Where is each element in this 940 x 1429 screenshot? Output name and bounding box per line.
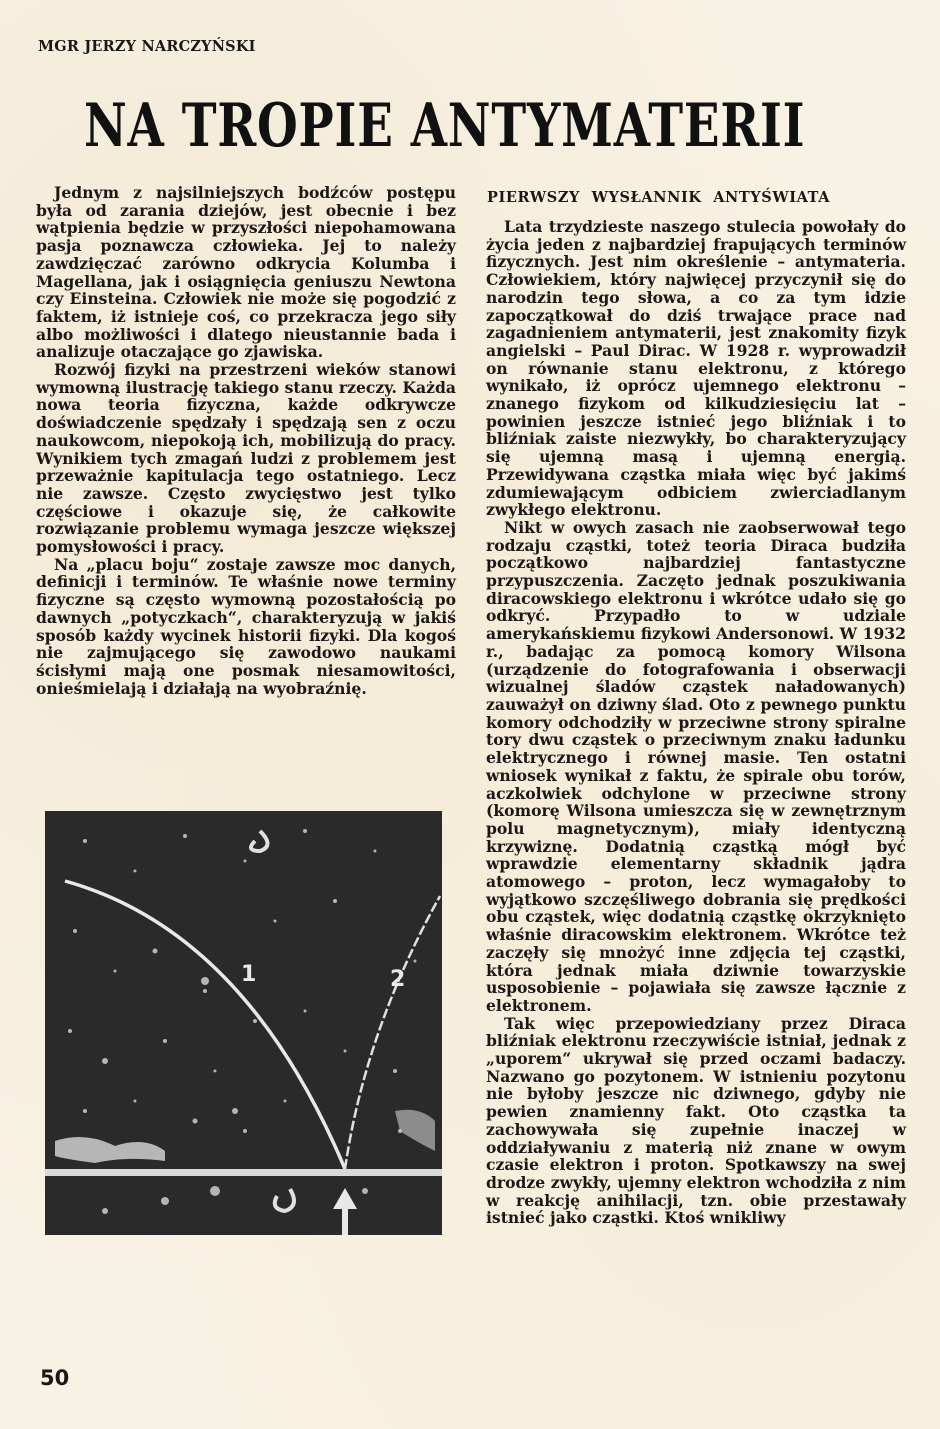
- page-number: 50: [40, 1366, 69, 1390]
- track-label-1: 1: [241, 962, 256, 987]
- article-title: NA TROPIE ANTYMATERII: [84, 94, 692, 158]
- section-subheading: PIERWSZY WYSŁANNIK ANTYŚWIATA: [487, 189, 907, 206]
- left-column: Jednym z najsilniejszych bodźców postępu…: [36, 184, 456, 697]
- paragraph: Tak więc przepowiedziany przez Diraca bl…: [486, 1015, 906, 1227]
- paragraph: Nikt w owych zasach nie zaobserwował teg…: [486, 519, 906, 1015]
- paragraph: Jednym z najsilniejszych bodźców postępu…: [36, 184, 456, 361]
- cloud-chamber-photo: 1 2: [45, 811, 442, 1235]
- paragraph: Na „placu boju“ zostaje zawsze moc danyc…: [36, 556, 456, 698]
- article-author: MGR JERZY NARCZYŃSKI: [38, 38, 256, 55]
- track-label-2: 2: [390, 967, 405, 992]
- paragraph: Rozwój fizyki na przestrzeni wieków stan…: [36, 361, 456, 556]
- paragraph: Lata trzydzieste naszego stulecia powoła…: [486, 218, 906, 519]
- right-column: Lata trzydzieste naszego stulecia powoła…: [486, 218, 906, 1227]
